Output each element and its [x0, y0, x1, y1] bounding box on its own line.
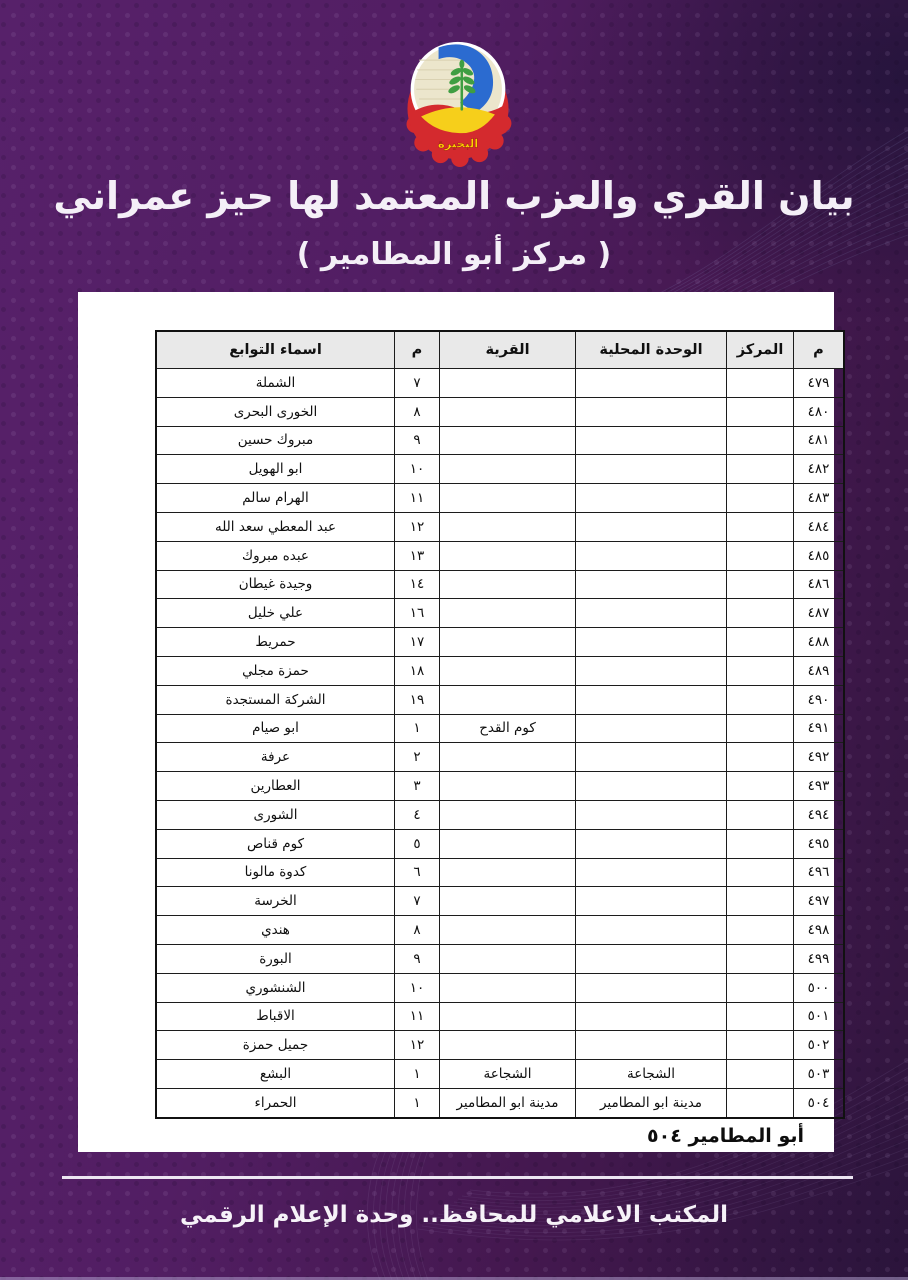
cell: الخرسة — [156, 887, 395, 916]
cell: وجيدة غيطان — [156, 570, 395, 599]
cell: ١٣ — [395, 541, 440, 570]
table-row: ٤٩٧٧الخرسة — [156, 887, 844, 916]
cell — [727, 628, 794, 657]
cell — [576, 714, 727, 743]
document-sheet: مالمركزالوحدة المحليةالقريةماسماء التواب… — [78, 292, 834, 1152]
cell — [727, 570, 794, 599]
cell: ١٢ — [395, 1031, 440, 1060]
cell: الشركة المستجدة — [156, 685, 395, 714]
table-row: ٤٨٩١٨حمزة مجلي — [156, 656, 844, 685]
cell: ١٠ — [395, 455, 440, 484]
cell: ابو صيام — [156, 714, 395, 743]
cell — [440, 887, 576, 916]
cell — [576, 858, 727, 887]
cell — [727, 800, 794, 829]
cell — [440, 743, 576, 772]
table-row: ٥٠٢١٢جميل حمزة — [156, 1031, 844, 1060]
cell: كدوة مالونا — [156, 858, 395, 887]
cell — [440, 484, 576, 513]
table-row: ٤٨٨١٧حمريط — [156, 628, 844, 657]
cell — [576, 1002, 727, 1031]
cell: ١٩ — [395, 685, 440, 714]
cell — [727, 858, 794, 887]
cell: ٥٠٢ — [794, 1031, 845, 1060]
cell — [727, 599, 794, 628]
cell: ابو الهويل — [156, 455, 395, 484]
cell: ٤٩٣ — [794, 772, 845, 801]
cell: ٤٨٤ — [794, 512, 845, 541]
cell — [440, 397, 576, 426]
table-row: ٤٧٩٧الشملة — [156, 369, 844, 398]
cell: هندي — [156, 916, 395, 945]
cell — [440, 512, 576, 541]
cell — [727, 916, 794, 945]
cell: عبد المعطي سعد الله — [156, 512, 395, 541]
cell — [727, 541, 794, 570]
cell: ٥ — [395, 829, 440, 858]
cell: علي خليل — [156, 599, 395, 628]
column-header: المركز — [727, 331, 794, 369]
cell — [576, 772, 727, 801]
cell: ٤٩٢ — [794, 743, 845, 772]
cell — [727, 772, 794, 801]
cell: الاقباط — [156, 1002, 395, 1031]
table-row: ٤٨٦١٤وجيدة غيطان — [156, 570, 844, 599]
cell: البشع — [156, 1060, 395, 1089]
cell — [727, 743, 794, 772]
cell: ٤٨٣ — [794, 484, 845, 513]
cell: الحمراء — [156, 1088, 395, 1117]
cell: الشجاعة — [440, 1060, 576, 1089]
cell: ٤٩٩ — [794, 944, 845, 973]
table-row: ٥٠٠١٠الشنشوري — [156, 973, 844, 1002]
cell: الشجاعة — [576, 1060, 727, 1089]
villages-table-body: ٤٧٩٧الشملة٤٨٠٨الخورى البحرى٤٨١٩مبروك حسي… — [156, 369, 844, 1118]
table-row: ٤٩٢٢عرفة — [156, 743, 844, 772]
cell: ٧ — [395, 887, 440, 916]
cell: ٤٨٩ — [794, 656, 845, 685]
cell — [727, 397, 794, 426]
cell — [576, 426, 727, 455]
cell: الخورى البحرى — [156, 397, 395, 426]
cell — [440, 369, 576, 398]
table-row: ٤٩٨٨هندي — [156, 916, 844, 945]
table-row: ٤٨٣١١الهرام سالم — [156, 484, 844, 513]
cell — [727, 1031, 794, 1060]
cell: ١٦ — [395, 599, 440, 628]
cell — [576, 916, 727, 945]
cell: الشنشوري — [156, 973, 395, 1002]
cell — [440, 944, 576, 973]
cell — [440, 829, 576, 858]
cell — [727, 685, 794, 714]
cell: ١٨ — [395, 656, 440, 685]
table-row: ٤٨٤١٢عبد المعطي سعد الله — [156, 512, 844, 541]
table-header-row: مالمركزالوحدة المحليةالقريةماسماء التواب… — [156, 331, 844, 369]
cell — [440, 541, 576, 570]
cell — [576, 743, 727, 772]
cell: العطارين — [156, 772, 395, 801]
cell: حمزة مجلي — [156, 656, 395, 685]
cell: ٤٩٤ — [794, 800, 845, 829]
column-header: اسماء التوابع — [156, 331, 395, 369]
column-header: م — [794, 331, 845, 369]
cell: ٤٨٦ — [794, 570, 845, 599]
cell — [440, 1002, 576, 1031]
cell: ١٢ — [395, 512, 440, 541]
cell: ١ — [395, 714, 440, 743]
table-row: ٤٨٧١٦علي خليل — [156, 599, 844, 628]
table-row: ٤٩٩٩البورة — [156, 944, 844, 973]
table-row: ٥٠٤مدينة ابو المطاميرمدينة ابو المطامير١… — [156, 1088, 844, 1117]
cell — [727, 887, 794, 916]
cell — [440, 628, 576, 657]
table-row: ٤٨١٩مبروك حسين — [156, 426, 844, 455]
cell: مدينة ابو المطامير — [576, 1088, 727, 1117]
cell: ١ — [395, 1060, 440, 1089]
cell: ٢ — [395, 743, 440, 772]
cell: ١٧ — [395, 628, 440, 657]
column-header: القرية — [440, 331, 576, 369]
cell — [727, 829, 794, 858]
cell: ٥٠٣ — [794, 1060, 845, 1089]
cell: حمريط — [156, 628, 395, 657]
cell: ٤٨١ — [794, 426, 845, 455]
cell: ٤٨٨ — [794, 628, 845, 657]
logo-label: البحيرة — [438, 137, 478, 152]
cell — [727, 1088, 794, 1117]
cell: البورة — [156, 944, 395, 973]
cell: ١١ — [395, 1002, 440, 1031]
cell — [440, 772, 576, 801]
column-header: الوحدة المحلية — [576, 331, 727, 369]
cell: ٤٨٧ — [794, 599, 845, 628]
cell: ٤٩١ — [794, 714, 845, 743]
cell — [727, 1002, 794, 1031]
cell — [576, 512, 727, 541]
table-footnote: أبو المطامير ٥٠٤ — [647, 1125, 804, 1147]
cell — [576, 369, 727, 398]
cell: ١٠ — [395, 973, 440, 1002]
cell: ٤٩٨ — [794, 916, 845, 945]
cell — [440, 656, 576, 685]
cell — [576, 800, 727, 829]
cell — [576, 541, 727, 570]
cell: كوم القدح — [440, 714, 576, 743]
cell: ٤٧٩ — [794, 369, 845, 398]
cell — [727, 369, 794, 398]
cell: ٤٩٧ — [794, 887, 845, 916]
cell — [576, 944, 727, 973]
cell — [727, 426, 794, 455]
cell — [576, 656, 727, 685]
cell: ٧ — [395, 369, 440, 398]
cell: ١ — [395, 1088, 440, 1117]
cell — [440, 800, 576, 829]
cell: ٨ — [395, 916, 440, 945]
cell: ٤٨٢ — [794, 455, 845, 484]
cell — [576, 397, 727, 426]
cell: الشورى — [156, 800, 395, 829]
page-title: بيان القري والعزب المعتمد لها حيز عمراني — [0, 172, 908, 221]
cell — [727, 455, 794, 484]
cell — [727, 714, 794, 743]
cell: جميل حمزة — [156, 1031, 395, 1060]
table-row: ٤٩٤٤الشورى — [156, 800, 844, 829]
column-header: م — [395, 331, 440, 369]
cell: ٥٠٠ — [794, 973, 845, 1002]
table-row: ٤٩٠١٩الشركة المستجدة — [156, 685, 844, 714]
table-row: ٤٨٠٨الخورى البحرى — [156, 397, 844, 426]
table-row: ٤٩٣٣العطارين — [156, 772, 844, 801]
cell — [727, 1060, 794, 1089]
cell — [576, 1031, 727, 1060]
cell: الهرام سالم — [156, 484, 395, 513]
cell — [440, 1031, 576, 1060]
cell: ٩ — [395, 944, 440, 973]
cell — [727, 484, 794, 513]
footer-divider — [62, 1176, 853, 1179]
table-row: ٤٩٥٥كوم قناص — [156, 829, 844, 858]
table-row: ٥٠٣الشجاعةالشجاعة١البشع — [156, 1060, 844, 1089]
cell: ١٤ — [395, 570, 440, 599]
table-row: ٤٩٦٦كدوة مالونا — [156, 858, 844, 887]
cell — [440, 858, 576, 887]
cell: عرفة — [156, 743, 395, 772]
beheira-governorate-logo: البحيرة — [390, 28, 526, 170]
cell: ٥٠١ — [794, 1002, 845, 1031]
cell: ٤٩٥ — [794, 829, 845, 858]
cell — [576, 628, 727, 657]
cell: ٤٩٦ — [794, 858, 845, 887]
cell: الشملة — [156, 369, 395, 398]
cell: ٦ — [395, 858, 440, 887]
cell — [440, 685, 576, 714]
cell: ٤٩٠ — [794, 685, 845, 714]
cell: عبده مبروك — [156, 541, 395, 570]
cell: ١١ — [395, 484, 440, 513]
cell — [727, 656, 794, 685]
cell: كوم قناص — [156, 829, 395, 858]
cell — [440, 426, 576, 455]
cell: مدينة ابو المطامير — [440, 1088, 576, 1117]
table-row: ٤٩١كوم القدح١ابو صيام — [156, 714, 844, 743]
cell — [440, 973, 576, 1002]
cell — [576, 829, 727, 858]
cell — [576, 887, 727, 916]
cell — [576, 973, 727, 1002]
cell: ٤ — [395, 800, 440, 829]
cell: ٨ — [395, 397, 440, 426]
cell — [727, 973, 794, 1002]
page-subtitle: ( مركز أبو المطامير ) — [0, 237, 908, 272]
cell: ٤٨٥ — [794, 541, 845, 570]
cell — [440, 599, 576, 628]
cell — [727, 512, 794, 541]
cell: ٥٠٤ — [794, 1088, 845, 1117]
table-row: ٥٠١١١الاقباط — [156, 1002, 844, 1031]
cell: مبروك حسين — [156, 426, 395, 455]
cell — [440, 455, 576, 484]
cell — [440, 916, 576, 945]
footer-credit: المكتب الاعلامي للمحافظ.. وحدة الإعلام ا… — [0, 1202, 908, 1228]
cell: ٣ — [395, 772, 440, 801]
cell — [576, 455, 727, 484]
cell — [440, 570, 576, 599]
cell — [727, 944, 794, 973]
villages-table: مالمركزالوحدة المحليةالقريةماسماء التواب… — [155, 330, 845, 1119]
cell: ٩ — [395, 426, 440, 455]
cell: ٤٨٠ — [794, 397, 845, 426]
cell — [576, 685, 727, 714]
cell — [576, 484, 727, 513]
cell — [576, 570, 727, 599]
cell — [576, 599, 727, 628]
table-row: ٤٨٢١٠ابو الهويل — [156, 455, 844, 484]
table-row: ٤٨٥١٣عبده مبروك — [156, 541, 844, 570]
